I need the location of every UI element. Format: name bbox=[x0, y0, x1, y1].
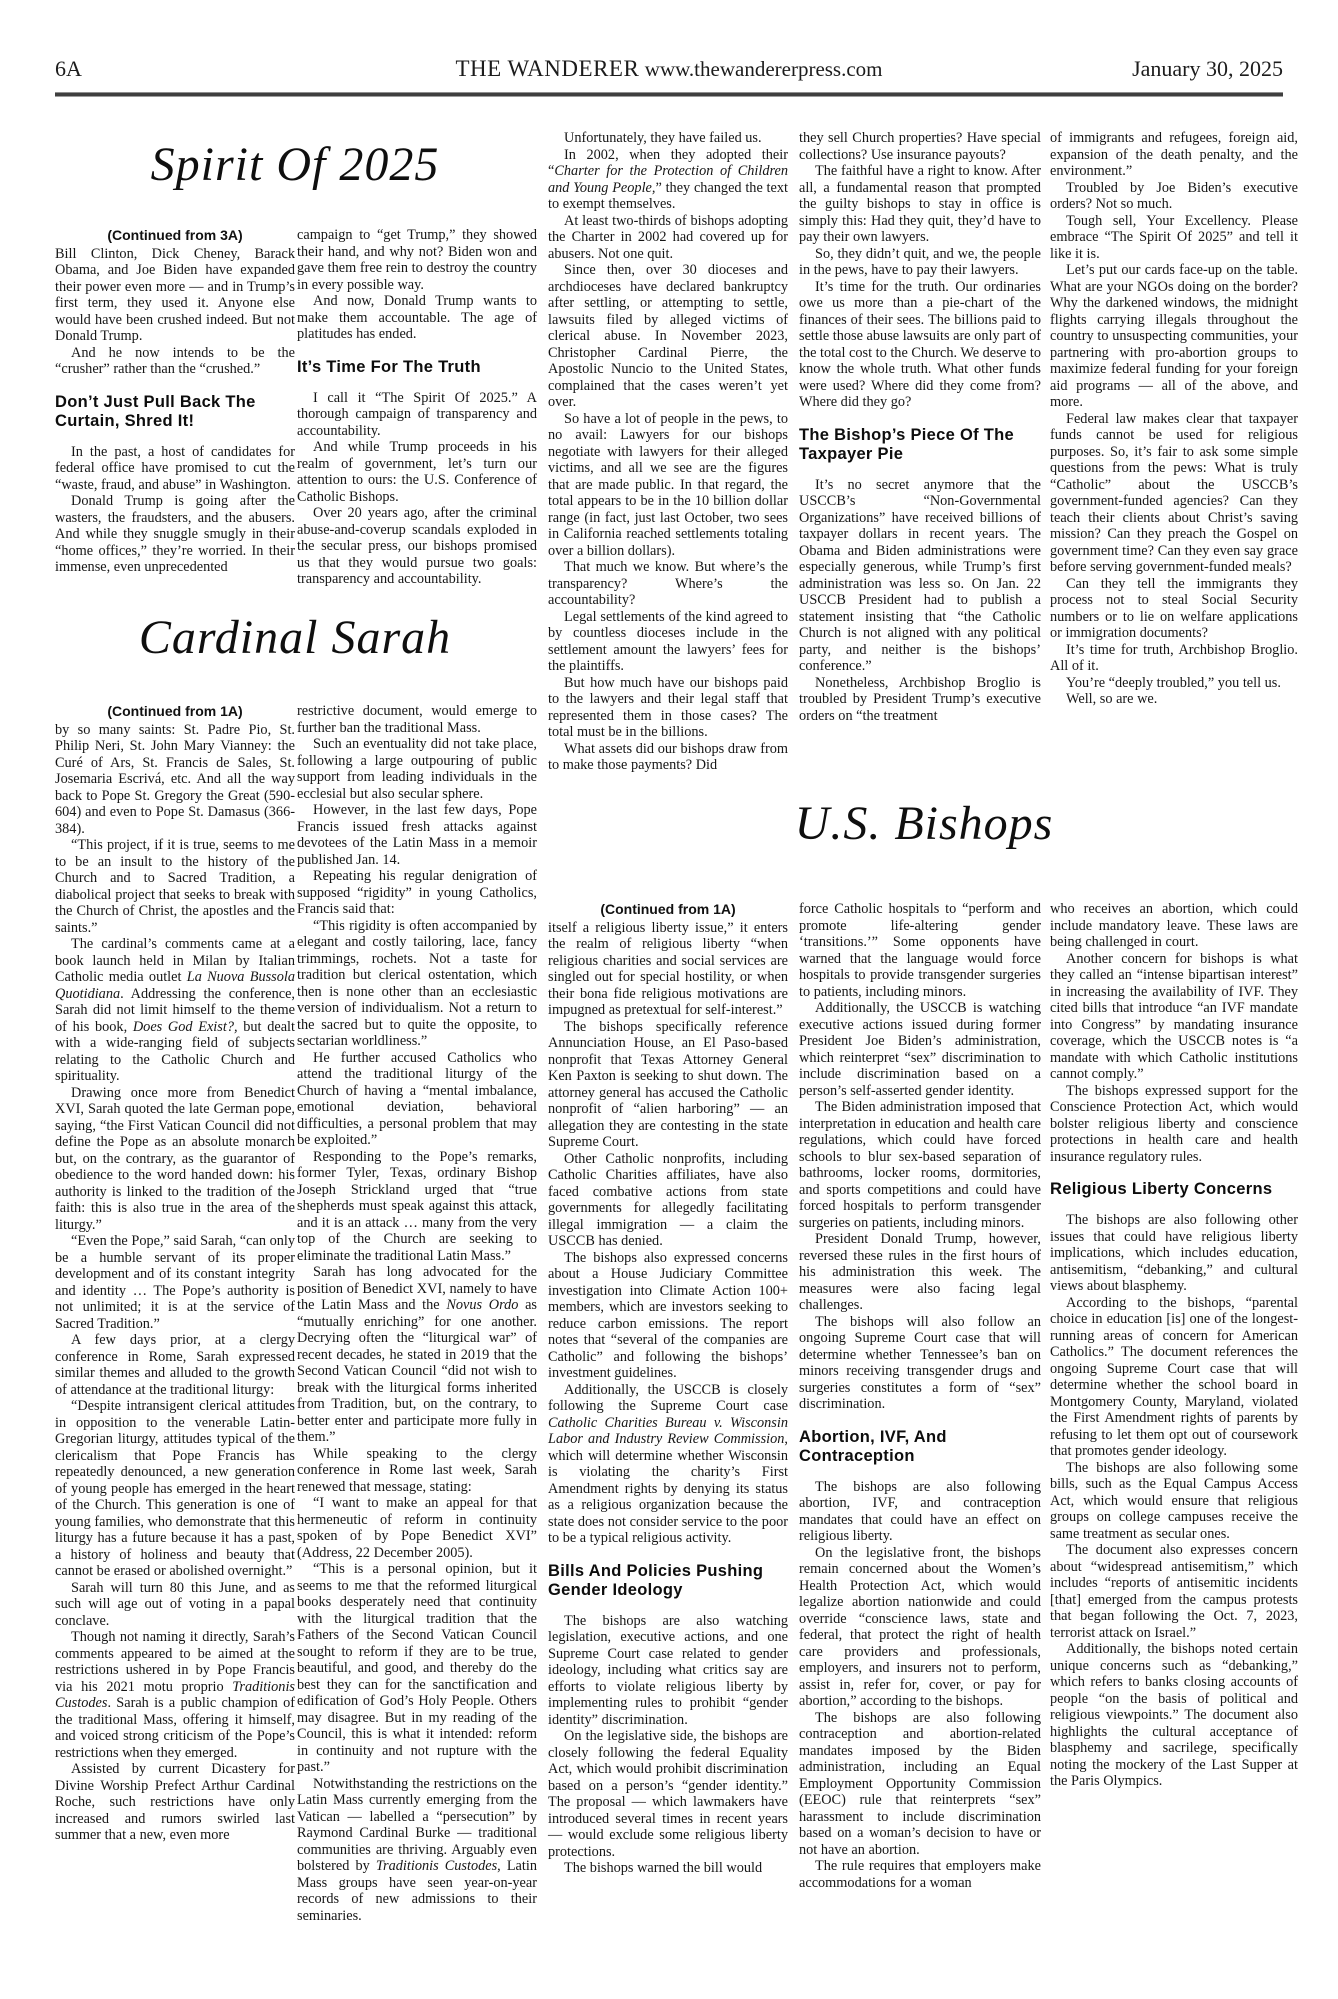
paragraph: The rule requires that employers make ac… bbox=[799, 1858, 1041, 1891]
continued-from-note: (Continued from 1A) bbox=[55, 703, 295, 720]
subheading: It’s Time For The Truth bbox=[297, 358, 537, 377]
paragraph-continuation: force Catholic hospitals to “perform and… bbox=[799, 901, 1041, 1000]
paragraph: At least two-thirds of bishops adopting … bbox=[548, 213, 788, 263]
bishops-column-1: (Continued from 1A)itself a religious li… bbox=[548, 901, 788, 1877]
paragraph: The document also expresses concern abou… bbox=[1050, 1542, 1298, 1641]
masthead-title: THE WANDERER bbox=[455, 56, 639, 81]
paragraph: The cardinal’s comments came at a book l… bbox=[55, 936, 295, 1085]
paragraph: “Despite intransigent clerical attitudes… bbox=[55, 1398, 295, 1580]
header-rule bbox=[55, 92, 1283, 97]
paragraph: Notwithstanding the restrictions on the … bbox=[297, 1776, 537, 1925]
paragraph: According to the bishops, “parental choi… bbox=[1050, 1295, 1298, 1460]
paragraph: So, they didn’t quit, and we, the people… bbox=[799, 246, 1041, 279]
paragraph: The bishops are also following some bill… bbox=[1050, 1460, 1298, 1543]
page-date: January 30, 2025 bbox=[1132, 56, 1283, 82]
subheading: Bills And Policies Pushing Gender Ideolo… bbox=[548, 1562, 788, 1600]
headline-us-bishops: U.S. Bishops bbox=[548, 798, 1300, 850]
paragraph-continuation: by so many saints: St. Padre Pio, St. Ph… bbox=[55, 722, 295, 838]
paragraph: Another concern for bishops is what they… bbox=[1050, 951, 1298, 1083]
subheading: Abortion, IVF, And Contraception bbox=[799, 1428, 1041, 1466]
bishops-column-3: who receives an abortion, which could in… bbox=[1050, 901, 1298, 1790]
paragraph: The bishops are also following other iss… bbox=[1050, 1212, 1298, 1295]
sarah-column-2: restrictive document, would emerge to fu… bbox=[297, 703, 537, 1924]
paragraph: The bishops are also following contracep… bbox=[799, 1710, 1041, 1859]
subheading: Don’t Just Pull Back The Curtain, Shred … bbox=[55, 393, 295, 431]
paragraph: A few days prior, at a clergy conference… bbox=[55, 1332, 295, 1398]
paragraph: Nonetheless, Archbishop Broglio is troub… bbox=[799, 675, 1041, 725]
paragraph: It’s time for truth, Archbishop Broglio.… bbox=[1050, 642, 1298, 675]
paragraph: Troubled by Joe Biden’s executive orders… bbox=[1050, 180, 1298, 213]
paragraph: Drawing once more from Benedict XVI, Sar… bbox=[55, 1085, 295, 1234]
masthead-url: www.thewandererpress.com bbox=[645, 57, 883, 81]
headline-spirit-of-2025: Spirit Of 2025 bbox=[50, 139, 540, 191]
paragraph: Additionally, the USCCB is closely follo… bbox=[548, 1382, 788, 1547]
paragraph: Repeating his regular denigration of sup… bbox=[297, 868, 537, 918]
newspaper-page: 6A THE WANDERER www.thewandererpress.com… bbox=[0, 0, 1338, 1999]
paragraph: It’s time for the truth. Our ordinaries … bbox=[799, 279, 1041, 411]
paragraph: You’re “deeply troubled,” you tell us. bbox=[1050, 675, 1298, 692]
paragraph: The bishops will also follow an ongoing … bbox=[799, 1314, 1041, 1413]
paragraph: Let’s put our cards face-up on the table… bbox=[1050, 262, 1298, 411]
sarah-column-1: (Continued from 1A)by so many saints: St… bbox=[55, 703, 295, 1844]
paragraph: President Donald Trump, however, reverse… bbox=[799, 1231, 1041, 1314]
paragraph: “I want to make an appeal for that herme… bbox=[297, 1495, 537, 1561]
paragraph: Sarah will turn 80 this June, and as suc… bbox=[55, 1580, 295, 1630]
paragraph: Such an eventuality did not take place, … bbox=[297, 736, 537, 802]
paragraph: And now, Donald Trump wants to make them… bbox=[297, 293, 537, 343]
subheading: The Bishop’s Piece Of The Taxpayer Pie bbox=[799, 426, 1041, 464]
paragraph: Unfortunately, they have failed us. bbox=[548, 130, 788, 147]
paragraph: The bishops warned the bill would bbox=[548, 1860, 788, 1877]
paragraph: I call it “The Spirit Of 2025.” A thorou… bbox=[297, 390, 537, 440]
paragraph: “This rigidity is often accompanied by e… bbox=[297, 918, 537, 1050]
paragraph: Assisted by current Dicastery for Divine… bbox=[55, 1761, 295, 1844]
paragraph: And he now intends to be the “crusher” r… bbox=[55, 345, 295, 378]
paragraph: The bishops expressed support for the Co… bbox=[1050, 1083, 1298, 1166]
paragraph: Tough sell, Your Excellency. Please embr… bbox=[1050, 213, 1298, 263]
paragraph-continuation: restrictive document, would emerge to fu… bbox=[297, 703, 537, 736]
paragraph: What assets did our bishops draw from to… bbox=[548, 741, 788, 774]
spirit-column-2: campaign to “get Trump,” they showed the… bbox=[297, 227, 537, 588]
paragraph-continuation: campaign to “get Trump,” they showed the… bbox=[297, 227, 537, 293]
paragraph: The bishops are also following abortion,… bbox=[799, 1479, 1041, 1545]
paragraph: On the legislative front, the bishops re… bbox=[799, 1545, 1041, 1710]
paragraph-continuation: of immigrants and refugees, foreign aid,… bbox=[1050, 130, 1298, 180]
paragraph: He further accused Catholics who attend … bbox=[297, 1050, 537, 1149]
spirit-column-4: they sell Church properties? Have specia… bbox=[799, 130, 1041, 724]
headline-cardinal-sarah: Cardinal Sarah bbox=[50, 612, 540, 664]
paragraph: It’s no secret anymore that the USCCB’s … bbox=[799, 477, 1041, 675]
paragraph: The faithful have a right to know. After… bbox=[799, 163, 1041, 246]
paragraph: In 2002, when they adopted their “Charte… bbox=[548, 147, 788, 213]
paragraph: So have a lot of people in the pews, to … bbox=[548, 411, 788, 560]
paragraph: In the past, a host of candidates for fe… bbox=[55, 444, 295, 494]
paragraph: Though not naming it directly, Sarah’s c… bbox=[55, 1629, 295, 1761]
paragraph: That much we know. But where’s the trans… bbox=[548, 559, 788, 609]
paragraph: Can they tell the immigrants they proces… bbox=[1050, 576, 1298, 642]
paragraph: “This is a personal opinion, but it seem… bbox=[297, 1561, 537, 1776]
paragraph: But how much have our bishops paid to th… bbox=[548, 675, 788, 741]
paragraph: The bishops are also watching legislatio… bbox=[548, 1613, 788, 1729]
spirit-column-1: (Continued from 3A)Bill Clinton, Dick Ch… bbox=[55, 227, 295, 576]
paragraph: The bishops specifically reference Annun… bbox=[548, 1019, 788, 1151]
paragraph: Since then, over 30 dioceses and archdio… bbox=[548, 262, 788, 411]
paragraph: On the legislative side, the bishops are… bbox=[548, 1728, 788, 1860]
paragraph: Federal law makes clear that taxpayer fu… bbox=[1050, 411, 1298, 576]
spirit-column-3: Unfortunately, they have failed us.In 20… bbox=[548, 130, 788, 774]
paragraph: Legal settlements of the kind agreed to … bbox=[548, 609, 788, 675]
paragraph: Additionally, the bishops noted certain … bbox=[1050, 1641, 1298, 1790]
paragraph-continuation: itself a religious liberty issue,” it en… bbox=[548, 920, 788, 1019]
paragraph: Well, so are we. bbox=[1050, 691, 1298, 708]
continued-from-note: (Continued from 1A) bbox=[548, 901, 788, 918]
paragraph: And while Trump proceeds in his realm of… bbox=[297, 439, 537, 505]
spirit-column-5: of immigrants and refugees, foreign aid,… bbox=[1050, 130, 1298, 708]
subheading: Religious Liberty Concerns bbox=[1050, 1180, 1298, 1199]
continued-from-note: (Continued from 3A) bbox=[55, 227, 295, 244]
paragraph: Sarah has long advocated for the positio… bbox=[297, 1264, 537, 1446]
paragraph: The bishops also expressed concerns abou… bbox=[548, 1250, 788, 1382]
paragraph: “This project, if it is true, seems to m… bbox=[55, 837, 295, 936]
paragraph: Over 20 years ago, after the criminal ab… bbox=[297, 505, 537, 588]
paragraph: The Biden administration imposed that in… bbox=[799, 1099, 1041, 1231]
paragraph-continuation: they sell Church properties? Have specia… bbox=[799, 130, 1041, 163]
bishops-column-2: force Catholic hospitals to “perform and… bbox=[799, 901, 1041, 1891]
paragraph: “Even the Pope,” said Sarah, “can only b… bbox=[55, 1233, 295, 1332]
paragraph: Responding to the Pope’s remarks, former… bbox=[297, 1149, 537, 1265]
paragraph: However, in the last few days, Pope Fran… bbox=[297, 802, 537, 868]
paragraph: Donald Trump is going after the wasters,… bbox=[55, 493, 295, 576]
paragraph-continuation: who receives an abortion, which could in… bbox=[1050, 901, 1298, 951]
paragraph-continuation: Bill Clinton, Dick Cheney, Barack Obama,… bbox=[55, 246, 295, 345]
paragraph: While speaking to the clergy conference … bbox=[297, 1446, 537, 1496]
paragraph: Additionally, the USCCB is watching exec… bbox=[799, 1000, 1041, 1099]
paragraph: Other Catholic nonprofits, including Cat… bbox=[548, 1151, 788, 1250]
